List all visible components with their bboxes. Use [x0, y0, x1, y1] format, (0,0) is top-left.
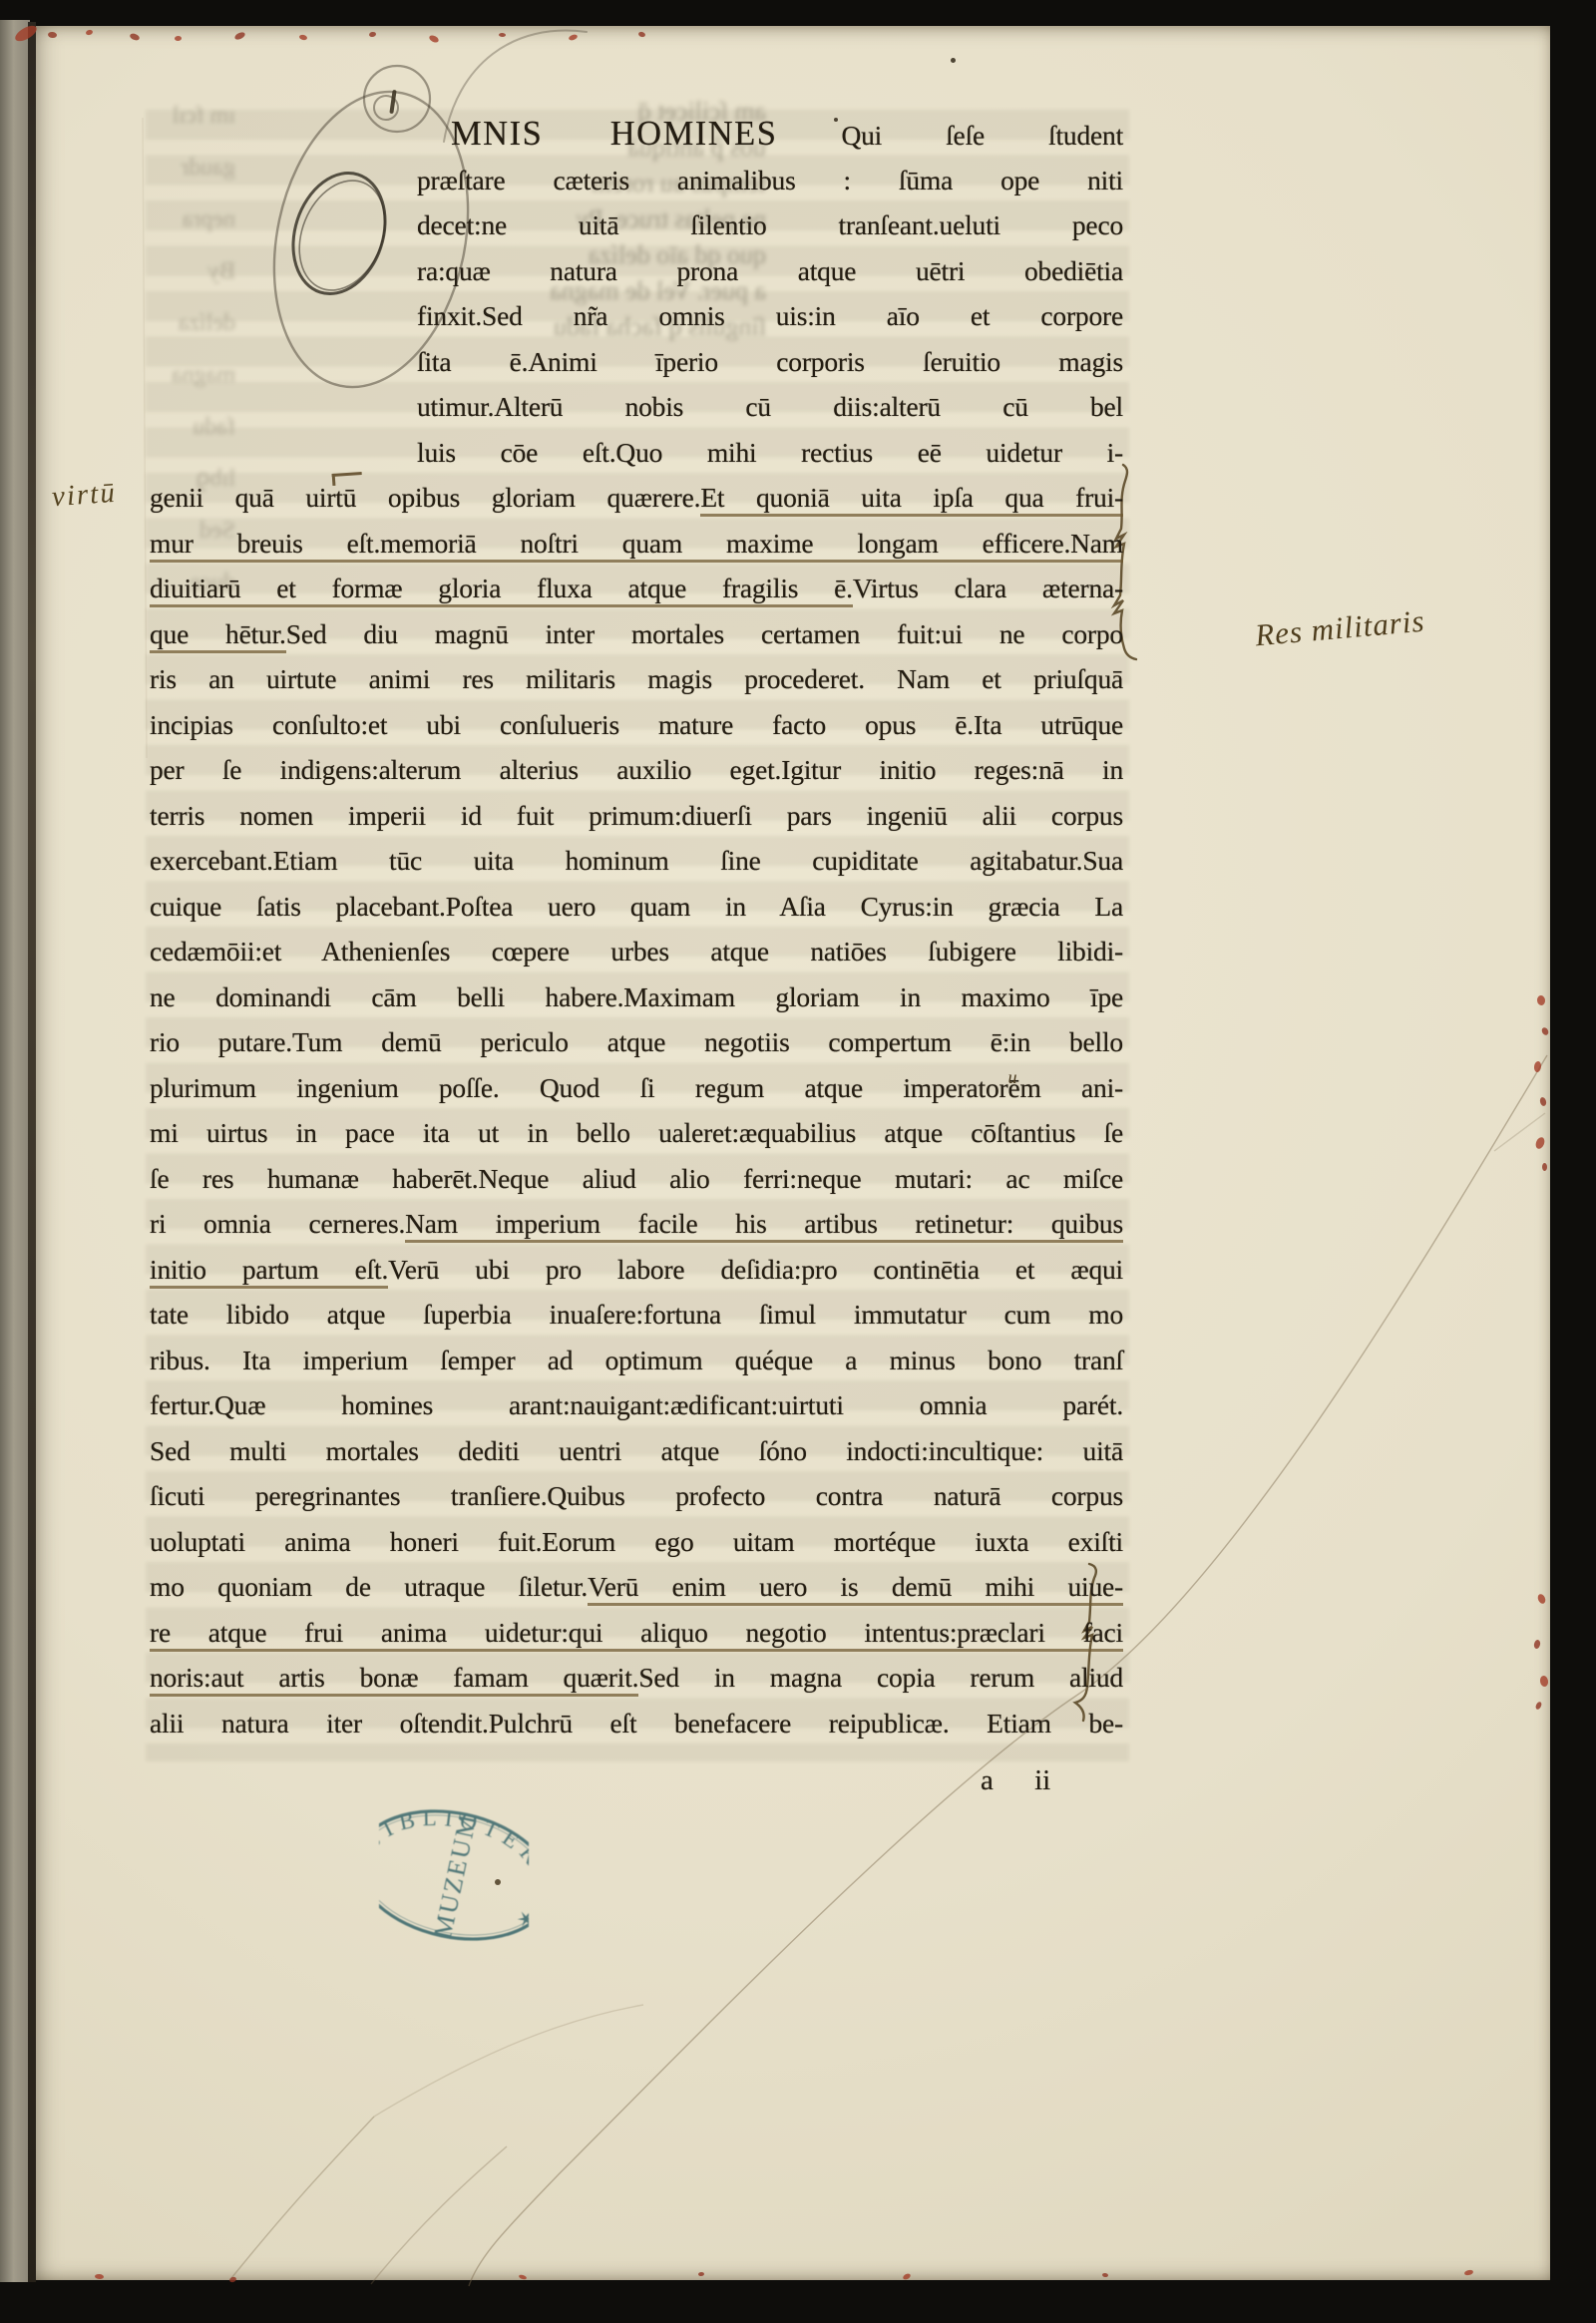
text-line-6: ſita ē.Animi īperio corporis ſeruitio ma…: [417, 339, 1123, 385]
text-line-18: cuique ſatis placebant.Poſtea uero quam …: [150, 884, 1123, 930]
text-line-14: incipias conſulto:et ubi conſulueris mat…: [150, 702, 1123, 748]
text-line-30: Sed multi mortales dediti uentri atque ſ…: [150, 1428, 1123, 1474]
text-line-13: ris an uirtute animi res militaris magis…: [150, 656, 1123, 702]
text-line-16: terris nomen imperii id fuit primum:diue…: [150, 793, 1123, 839]
text-line-9: genii quā uirtū opibus gloriam quærere.E…: [150, 475, 1123, 521]
text-line-35: noris:aut artis bonæ famam quærit.Sed in…: [150, 1655, 1123, 1701]
text-line-27: tate libido atque ſuperbia inuaſere:fort…: [150, 1292, 1123, 1338]
scanned-book-page: { "text_block": { "lines": [ {"indent":t…: [0, 0, 1596, 2323]
text-line-32: uoluptati anima honeri fuit.Eorum ego ui…: [150, 1519, 1123, 1565]
text-line-17: exercebant.Etiam tūc uita hominum ſine c…: [150, 838, 1123, 884]
text-line-20: ne dominandi cām belli habere.Maximam gl…: [150, 974, 1123, 1020]
red-speckle: [228, 2276, 236, 2283]
ink-underline: noris:aut artis bonæ famam quærit.: [150, 1662, 638, 1697]
text-line-22: plurimum ingenium poſſe. Quod ſi regum a…: [150, 1065, 1123, 1111]
text-line-24: ſe res humanæ haberēt.Neque aliud alio f…: [150, 1156, 1123, 1202]
ms-correction: u: [1007, 1055, 1016, 1101]
text-line-25: ri omnia cerneres.Nam imperium facile hi…: [150, 1201, 1123, 1247]
text-line-15: per ſe indigens:alterum alterius auxilio…: [150, 747, 1123, 793]
text-line-4: ra:quæ natura prona atque uētri obediēti…: [417, 248, 1123, 294]
text-line-19: cedæmōii:et Athenienſes cœpere urbes atq…: [150, 929, 1123, 974]
text-line-5: finxit.Sed nr̃a omnis uis:in aīo et corp…: [417, 293, 1123, 339]
text-line-8: luis cōe eſt.Quo mihi rectius eē uidetur…: [417, 430, 1123, 476]
text-line-28: ribus. Ita imperium ſemper ad optimum qu…: [150, 1338, 1123, 1383]
text-line-26: initio partum eſt.Verū ubi pro labore de…: [150, 1247, 1123, 1293]
library-stamp: BIBLIOTEKA ✶ MUZEUM: [379, 1765, 529, 1985]
red-speckle: [1542, 1163, 1547, 1171]
margin-note-virtus: virtū: [51, 477, 118, 514]
adjacent-leaf-edge: [0, 20, 30, 2282]
ink-speck: [951, 58, 956, 63]
ink-underline: Nam imperium facile his artibus retinetu…: [405, 1208, 1123, 1243]
red-speckle: [95, 2274, 104, 2280]
text-line-31: ſicuti peregrinantes tranſiere.Quibus pr…: [150, 1473, 1123, 1519]
text-line-7: utimur.Alterū nobis cū diis:alterū cū be…: [417, 384, 1123, 430]
text-line-1: MNIS HOMINES Qui ſeſe ſtudent: [451, 112, 1123, 158]
text-line-21: rio putare.Tum demū periculo atque negot…: [150, 1019, 1123, 1065]
text-line-10: mur breuis eſt.memoriā noſtri quam maxim…: [150, 521, 1123, 567]
text-line-33: mo quoniam de utraque ſiletur.Verū enim …: [150, 1564, 1123, 1610]
ink-underline: initio partum eſt.: [150, 1254, 388, 1289]
ink-underline: mur breuis eſt.memoriā noſtri quam maxim…: [150, 528, 1123, 563]
text-line-34: re atque frui anima uidetur:qui aliquo n…: [150, 1610, 1123, 1656]
printed-text-block: MNIS HOMINES Qui ſeſe ſtudentpræſtare cæ…: [150, 112, 1123, 1745]
quire-signature: a ii: [981, 1764, 1050, 1797]
text-line-2: præſtare cæteris animalibus : ſūma ope n…: [417, 158, 1123, 203]
text-line-12: que hētur.Sed diu magnū inter mortales c…: [150, 611, 1123, 657]
ink-speck: [834, 118, 838, 122]
ink-underline: diuitiarū et formæ gloria fluxa atque fr…: [150, 573, 853, 607]
ink-underline: re atque frui anima uidetur:qui aliquo n…: [150, 1617, 1123, 1652]
text-line-3: decet:ne uitā ſilentio tranſeant.ueluti …: [417, 202, 1123, 248]
text-line-23: mi uirtus in pace ita ut in bello ualere…: [150, 1110, 1123, 1156]
insertion-mark: [332, 472, 363, 486]
text-line-11: diuitiarū et formæ gloria fluxa atque fr…: [150, 566, 1123, 611]
binding-gutter: [28, 22, 36, 2282]
ink-underline: Et quoniā uita ipſa qua frui-: [700, 482, 1123, 517]
ink-underline: Verū enim uero is demū mihi uiue-: [588, 1571, 1123, 1606]
text-line-36: alii natura iter oſtendit.Pulchrū eſt be…: [150, 1701, 1123, 1746]
text-line-29: fertur.Quæ homines arant:nauigant:ædific…: [150, 1382, 1123, 1428]
red-speckle: [499, 33, 506, 37]
ink-underline: que hētur.: [150, 618, 286, 653]
